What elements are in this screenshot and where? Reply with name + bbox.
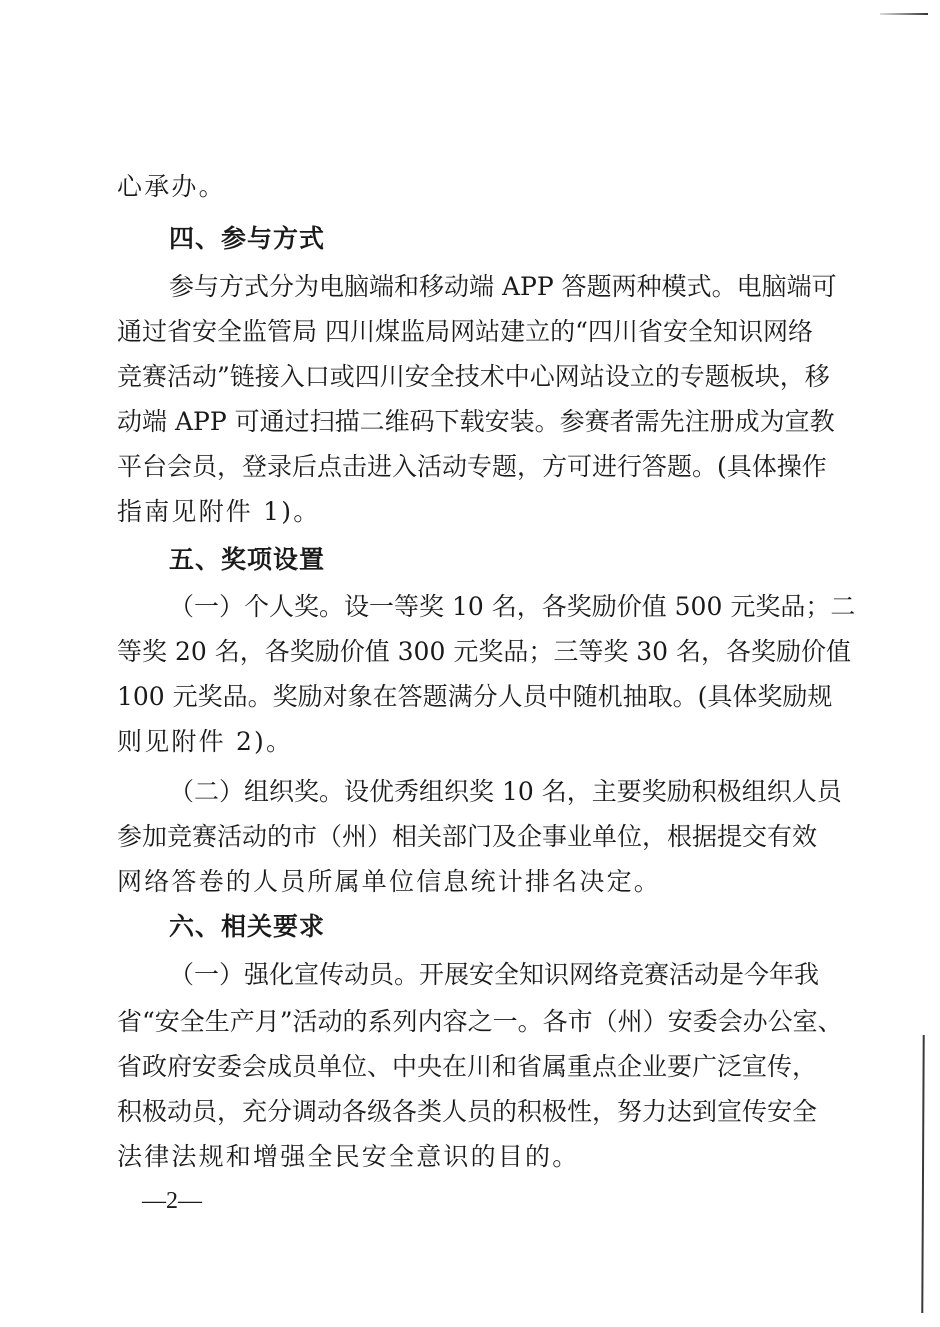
paragraph-line: （一）强化宣传动员。开展安全知识网络竞赛活动是今年我 bbox=[117, 958, 813, 992]
paragraph-line: 省政府安委会成员单位、中央在川和省属重点企业要广泛宣传， bbox=[117, 1050, 813, 1084]
paragraph-line: 指南见附件 1)。 bbox=[117, 495, 813, 529]
section-heading-requirements: 六、相关要求 bbox=[117, 910, 865, 944]
paragraph-line: 积极动员，充分调动各级各类人员的积极性，努力达到宣传安全 bbox=[117, 1095, 813, 1129]
paragraph-line: 竞赛活动”链接入口或四川安全技术中心网站设立的专题板块，移 bbox=[117, 360, 813, 394]
paragraph-line: 法律法规和增强全民安全意识的目的。 bbox=[117, 1140, 813, 1174]
paragraph-line: 省“安全生产月”活动的系列内容之一。各市（州）安委会办公室、 bbox=[117, 1005, 813, 1039]
scan-edge-right-rule bbox=[921, 1035, 924, 1313]
section-heading-awards: 五、奖项设置 bbox=[117, 543, 865, 577]
paragraph-line: 平台会员，登录后点击进入活动专题，方可进行答题。(具体操作 bbox=[117, 450, 813, 484]
paragraph-line: 等奖 20 名，各奖励价值 300 元奖品；三等奖 30 名，各奖励价值 bbox=[117, 635, 813, 669]
paragraph-line: 参与方式分为电脑端和移动端 APP 答题两种模式。电脑端可 bbox=[117, 270, 813, 304]
paragraph-line: 100 元奖品。奖励对象在答题满分人员中随机抽取。(具体奖励规 bbox=[117, 680, 813, 714]
paragraph-line: （一）个人奖。设一等奖 10 名，各奖励价值 500 元奖品；二 bbox=[117, 590, 813, 624]
continuation-line: 心承办。 bbox=[117, 170, 813, 204]
page-number: —2— bbox=[142, 1186, 202, 1216]
paragraph-line: 动端 APP 可通过扫描二维码下载安装。参赛者需先注册成为宣教 bbox=[117, 405, 813, 439]
paragraph-line: （二）组织奖。设优秀组织奖 10 名，主要奖励积极组织人员 bbox=[117, 775, 813, 809]
paragraph-line: 通过省安全监管局 四川煤监局网站建立的“四川省安全知识网络 bbox=[117, 315, 813, 349]
scan-edge-top-rule bbox=[880, 13, 928, 15]
paragraph-line: 参加竞赛活动的市（州）相关部门及企事业单位，根据提交有效 bbox=[117, 820, 813, 854]
paragraph-line: 网络答卷的人员所属单位信息统计排名决定。 bbox=[117, 865, 813, 899]
section-heading-participation: 四、参与方式 bbox=[117, 222, 865, 256]
paragraph-line: 则见附件 2)。 bbox=[117, 725, 813, 759]
